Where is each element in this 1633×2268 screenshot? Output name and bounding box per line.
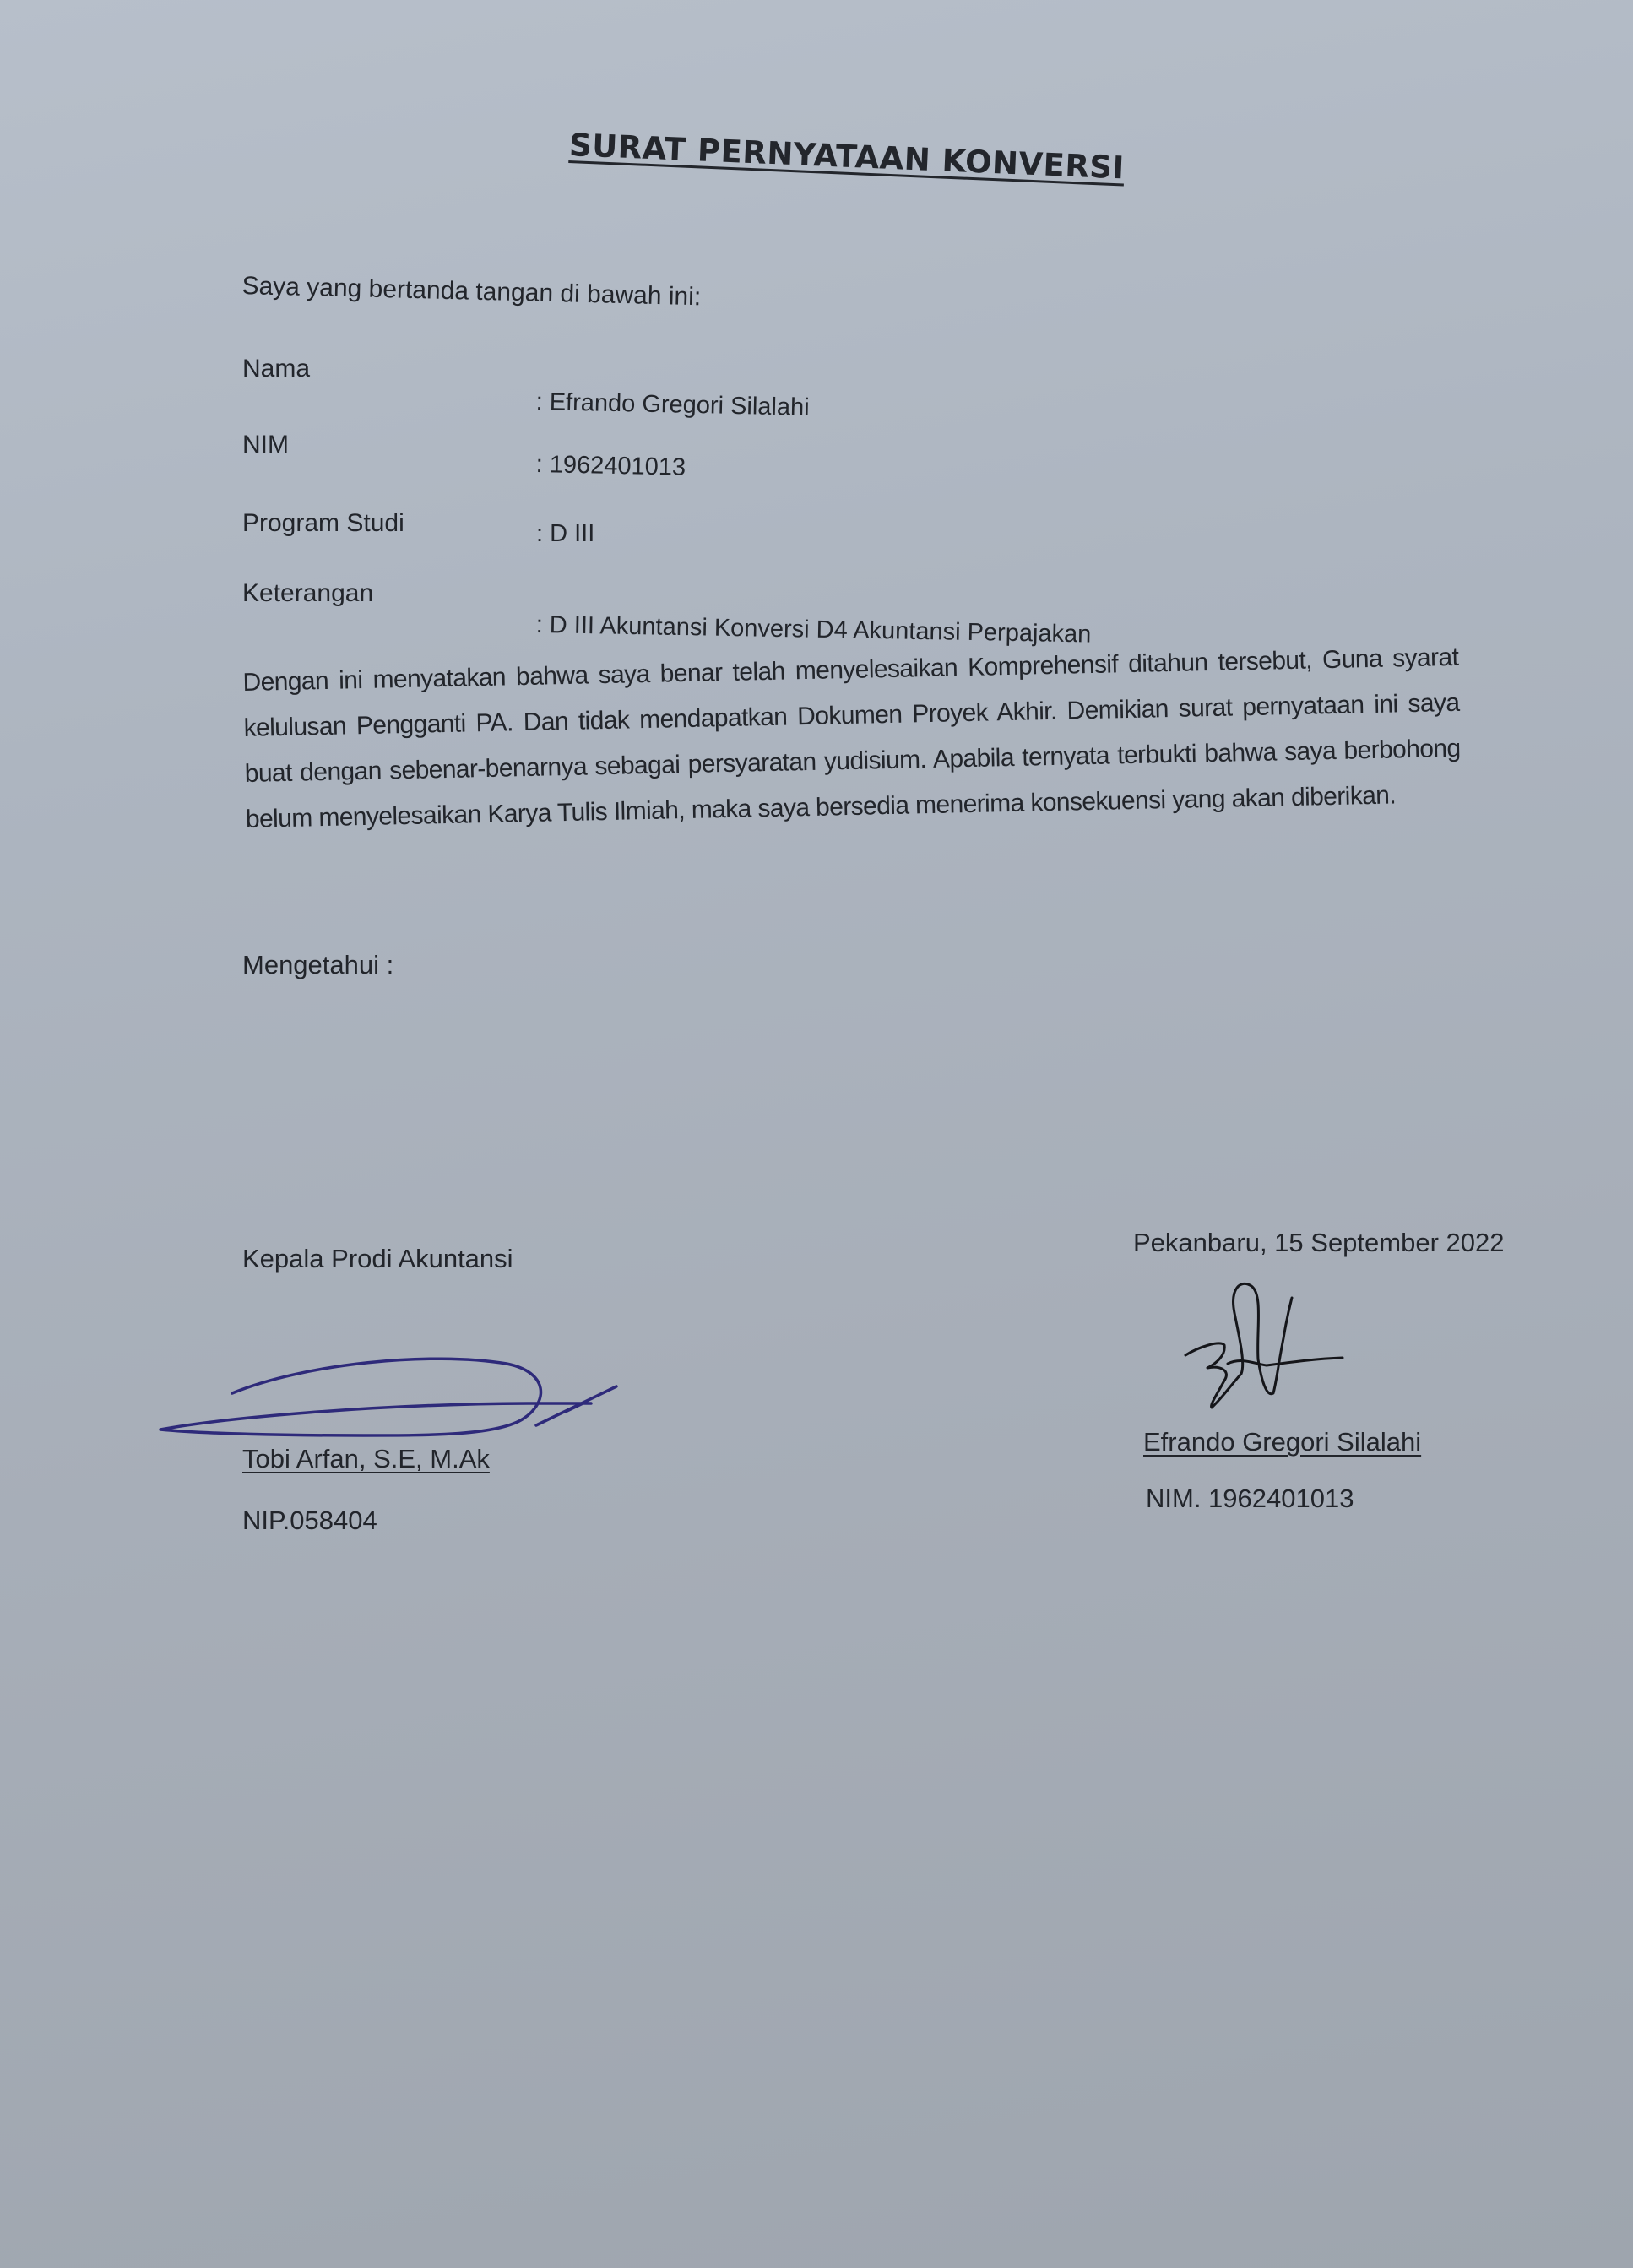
- signature-right-icon: [1174, 1279, 1359, 1423]
- left-signatory-role: Kepala Prodi Akuntansi: [242, 1244, 513, 1274]
- right-signatory-id: NIM. 1962401013: [1146, 1484, 1354, 1514]
- document-page: SURAT PERNYATAAN KONVERSI Saya yang bert…: [0, 0, 1633, 2268]
- field-label-keterangan: Keterangan: [242, 579, 373, 608]
- field-value-keterangan: : D III Akuntansi Konversi D4 Akuntansi …: [535, 611, 1091, 648]
- intro-text: Saya yang bertanda tangan di bawah ini:: [241, 272, 701, 312]
- field-label-program-studi: Program Studi: [242, 509, 404, 538]
- field-label-nama: Nama: [242, 355, 310, 383]
- left-signatory-id: NIP.058404: [242, 1506, 377, 1536]
- field-value-nama: : Efrando Gregori Silalahi: [535, 388, 810, 422]
- acknowledged-label: Mengetahui :: [242, 950, 393, 980]
- statement-paragraph: Dengan ini menyatakan bahwa saya benar t…: [242, 635, 1462, 843]
- right-signatory-name: Efrando Gregori Silalahi: [1143, 1427, 1421, 1457]
- field-value-nim: : 1962401013: [535, 451, 686, 482]
- document-title: SURAT PERNYATAAN KONVERSI: [568, 127, 1125, 187]
- place-date: Pekanbaru, 15 September 2022: [1133, 1228, 1504, 1258]
- field-value-program-studi: : D III: [536, 520, 594, 548]
- signature-left-icon: [152, 1317, 625, 1452]
- field-label-nim: NIM: [242, 431, 289, 459]
- left-signatory-name: Tobi Arfan, S.E, M.Ak: [242, 1444, 490, 1474]
